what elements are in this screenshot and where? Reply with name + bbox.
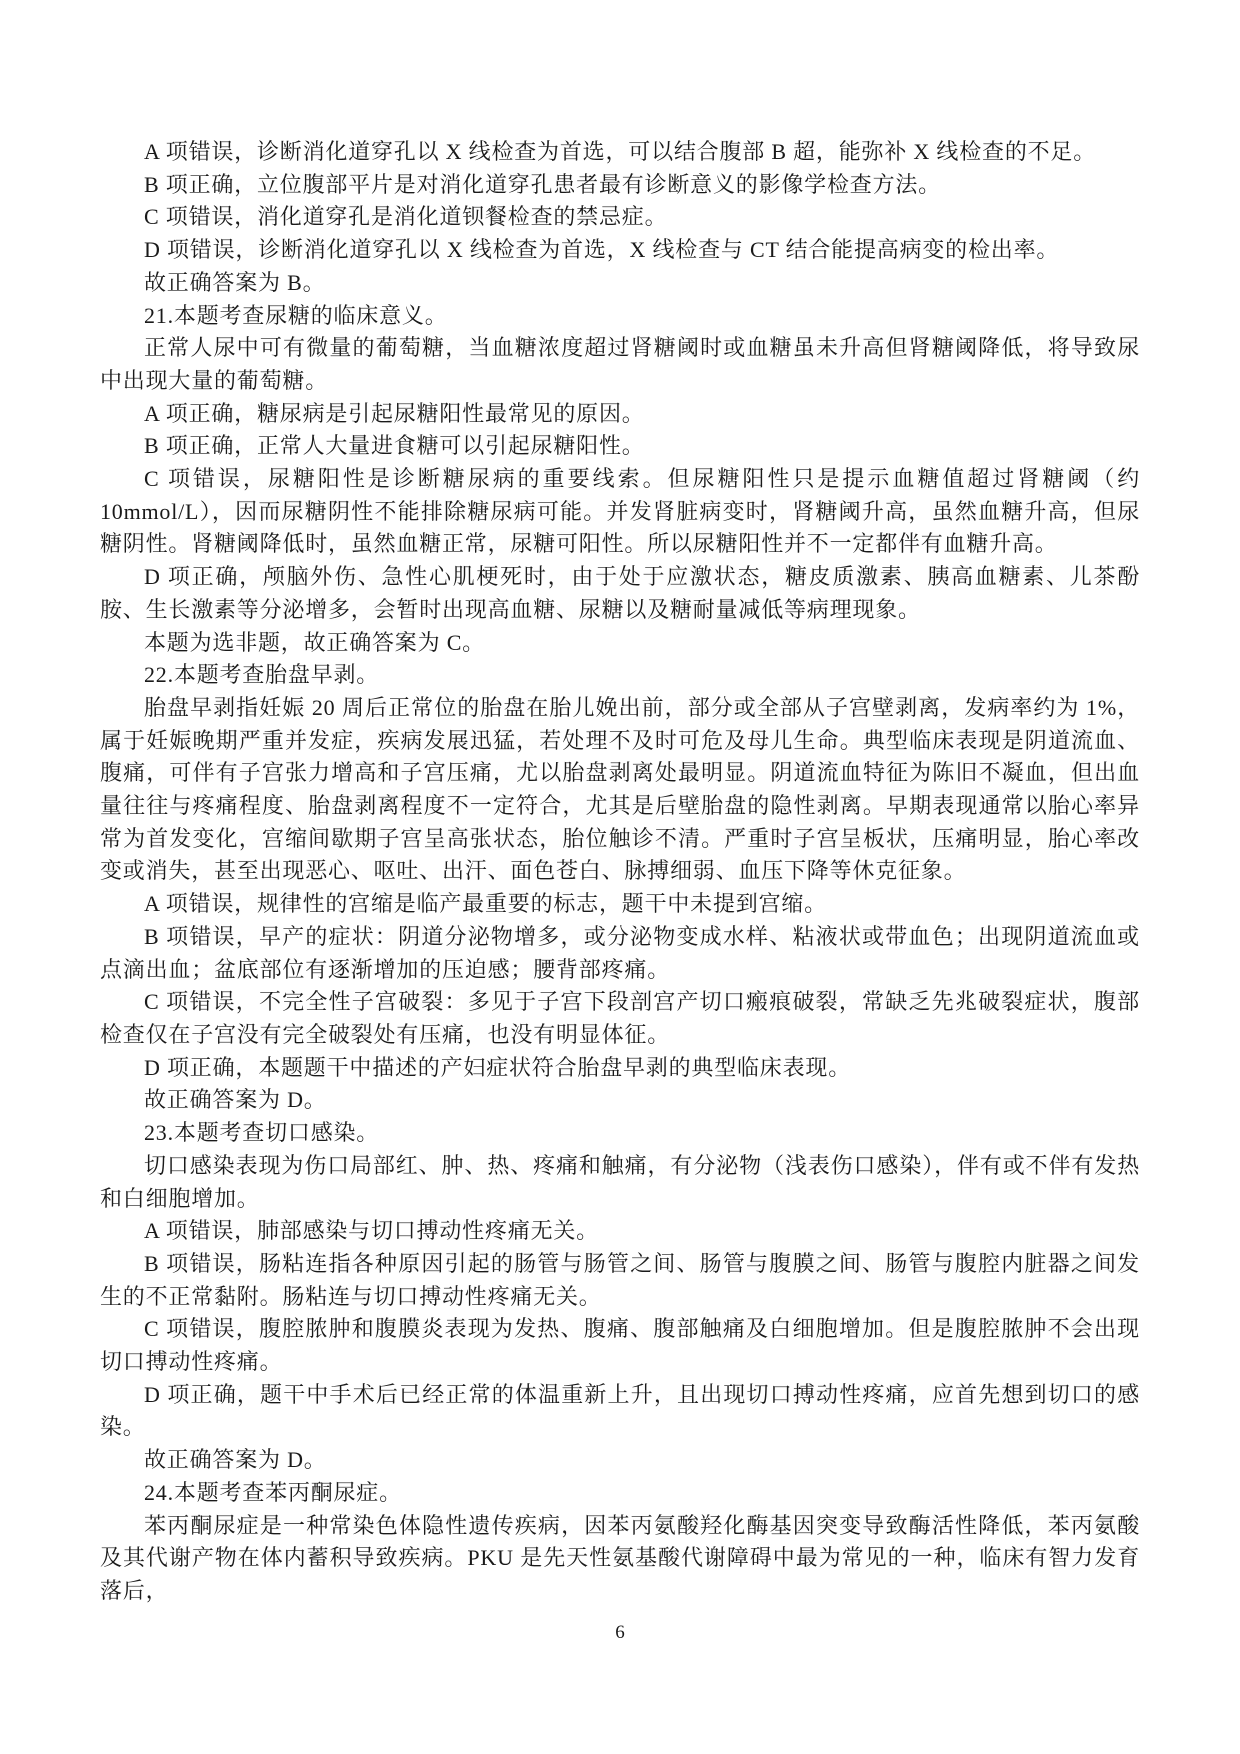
paragraph: 故正确答案为 D。 [100,1444,1140,1477]
paragraph: 故正确答案为 B。 [100,267,1140,300]
document-page: A 项错误，诊断消化道穿孔以 X 线检查为首选，可以结合腹部 B 超，能弥补 X… [0,0,1240,1754]
paragraph: 本题为选非题，故正确答案为 C。 [100,627,1140,660]
paragraph: 22.本题考查胎盘早剥。 [100,659,1140,692]
paragraph: B 项错误，早产的症状：阴道分泌物增多，或分泌物变成水样、粘液状或带血色；出现阴… [100,921,1140,986]
paragraph: A 项错误，肺部感染与切口搏动性疼痛无关。 [100,1215,1140,1248]
paragraph: B 项正确，正常人大量进食糖可以引起尿糖阳性。 [100,430,1140,463]
paragraph: 正常人尿中可有微量的葡萄糖，当血糖浓度超过肾糖阈时或血糖虽未升高但肾糖阈降低，将… [100,332,1140,397]
paragraph: 21.本题考查尿糖的临床意义。 [100,300,1140,333]
paragraph: 24.本题考查苯丙酮尿症。 [100,1477,1140,1510]
paragraph: B 项正确，立位腹部平片是对消化道穿孔患者最有诊断意义的影像学检查方法。 [100,169,1140,202]
document-body: A 项错误，诊断消化道穿孔以 X 线检查为首选，可以结合腹部 B 超，能弥补 X… [100,136,1140,1608]
paragraph: C 项错误，不完全性子宫破裂：多见于子宫下段剖宫产切口瘢痕破裂，常缺乏先兆破裂症… [100,986,1140,1051]
paragraph: C 项错误，腹腔脓肿和腹膜炎表现为发热、腹痛、腹部触痛及白细胞增加。但是腹腔脓肿… [100,1313,1140,1378]
paragraph: 苯丙酮尿症是一种常染色体隐性遗传疾病，因苯丙氨酸羟化酶基因突变导致酶活性降低，苯… [100,1510,1140,1608]
paragraph: 故正确答案为 D。 [100,1084,1140,1117]
paragraph: C 项错误，尿糖阳性是诊断糖尿病的重要线索。但尿糖阳性只是提示血糖值超过肾糖阈（… [100,463,1140,561]
paragraph: C 项错误，消化道穿孔是消化道钡餐检查的禁忌症。 [100,201,1140,234]
paragraph: D 项错误，诊断消化道穿孔以 X 线检查为首选，X 线检查与 CT 结合能提高病… [100,234,1140,267]
paragraph: B 项错误，肠粘连指各种原因引起的肠管与肠管之间、肠管与腹膜之间、肠管与腹腔内脏… [100,1248,1140,1313]
paragraph: D 项正确，题干中手术后已经正常的体温重新上升，且出现切口搏动性疼痛，应首先想到… [100,1379,1140,1444]
paragraph: D 项正确，本题题干中描述的产妇症状符合胎盘早剥的典型临床表现。 [100,1052,1140,1085]
page-number: 6 [0,1622,1240,1644]
paragraph: 23.本题考查切口感染。 [100,1117,1140,1150]
paragraph: 切口感染表现为伤口局部红、肿、热、疼痛和触痛，有分泌物（浅表伤口感染），伴有或不… [100,1150,1140,1215]
paragraph: A 项错误，诊断消化道穿孔以 X 线检查为首选，可以结合腹部 B 超，能弥补 X… [100,136,1140,169]
paragraph: D 项正确，颅脑外伤、急性心肌梗死时，由于处于应激状态，糖皮质激素、胰高血糖素、… [100,561,1140,626]
paragraph: A 项错误，规律性的宫缩是临产最重要的标志，题干中未提到宫缩。 [100,888,1140,921]
paragraph: A 项正确，糖尿病是引起尿糖阳性最常见的原因。 [100,398,1140,431]
paragraph: 胎盘早剥指妊娠 20 周后正常位的胎盘在胎儿娩出前，部分或全部从子宫壁剥离，发病… [100,692,1140,888]
